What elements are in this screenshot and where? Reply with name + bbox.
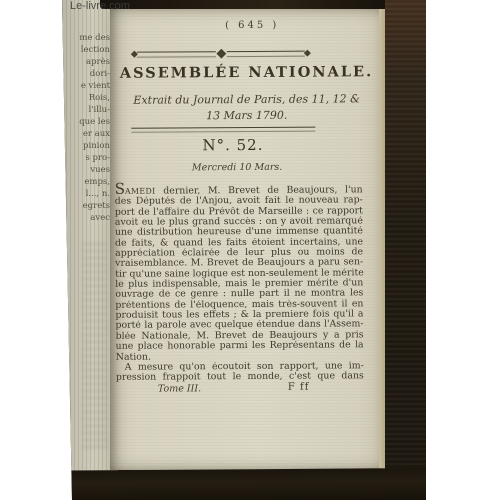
page-fragment-line: Rois,	[64, 92, 110, 104]
lead-line-rest: dernier, M. Brevet de Beaujours, l'un	[156, 184, 363, 196]
body-text: Samedi dernier, M. Brevet de Beaujours, …	[115, 183, 364, 383]
book-photo: me deslectionaprèsdori-e vientRois,l'ill…	[58, 0, 426, 500]
volume-label: Tome III.	[158, 383, 201, 394]
rule-double-line	[137, 51, 216, 57]
page-number: ( 645 )	[115, 19, 390, 32]
rule-end-diamond-icon	[304, 50, 311, 57]
body-paragraph-2: A mesure qu'on écoutoit son rapport, une…	[116, 361, 364, 383]
page-fragment-line: que les	[64, 116, 110, 128]
rule-center-diamond-icon	[216, 49, 226, 59]
dateline: Mercredi 10 Mars.	[100, 161, 375, 174]
book-page: ( 645 ) ASSEMBLÉE NATIONALE. Extrait du …	[110, 8, 385, 470]
adjacent-page-text-fragments: me deslectionaprèsdori-e vientRois,l'ill…	[64, 32, 110, 224]
page-fragment-line: l'illu-	[64, 104, 110, 116]
page-fragment-line: e vient	[64, 80, 110, 92]
book-cover-right	[385, 0, 426, 500]
printed-page-content: ( 645 ) ASSEMBLÉE NATIONALE. Extrait du …	[109, 7, 387, 471]
body-text-line: une place honorable parmi les Représenta…	[116, 340, 364, 352]
ornamental-rule-icon	[132, 50, 310, 58]
page-fragment-line: emps,	[64, 176, 110, 188]
drop-cap: S	[115, 180, 125, 198]
page-fragment-line: me des	[64, 32, 110, 44]
lead-word-smallcaps: amedi	[125, 187, 156, 196]
body-paragraph-1: des Députés de l'Anjou, avoit fait le no…	[115, 196, 364, 353]
photo-canvas: me deslectionaprèsdori-e vientRois,l'ill…	[0, 0, 500, 500]
issue-number: N°. 52.	[95, 135, 370, 155]
watermark-text: Le-livre.com	[70, 0, 130, 12]
book-cover-top-edge	[100, 0, 392, 9]
rule-double-line	[226, 50, 305, 56]
book-cover-bottom	[58, 468, 426, 500]
page-fragment-line: egrets	[64, 200, 110, 212]
page-fragment-line: après	[64, 56, 110, 68]
page-fragment-line: dori-	[64, 68, 110, 80]
page-fragment-line: avec	[64, 212, 110, 224]
signature-mark: F ff	[288, 382, 310, 393]
page-fragment-line: lection	[64, 44, 110, 56]
page-edge-texture	[82, 238, 108, 448]
page-fragment-line: l..., n.	[64, 188, 110, 200]
subtitle-line-1: Extrait du Journal de Paris, des 11, 12 …	[109, 92, 384, 107]
page-title: ASSEMBLÉE NATIONALE.	[109, 63, 384, 82]
divider-rule	[131, 127, 315, 133]
subtitle-line-2: 13 Mars 1790.	[109, 108, 384, 123]
body-text-line: pression frappoit tout le monde, c'est q…	[116, 371, 364, 383]
